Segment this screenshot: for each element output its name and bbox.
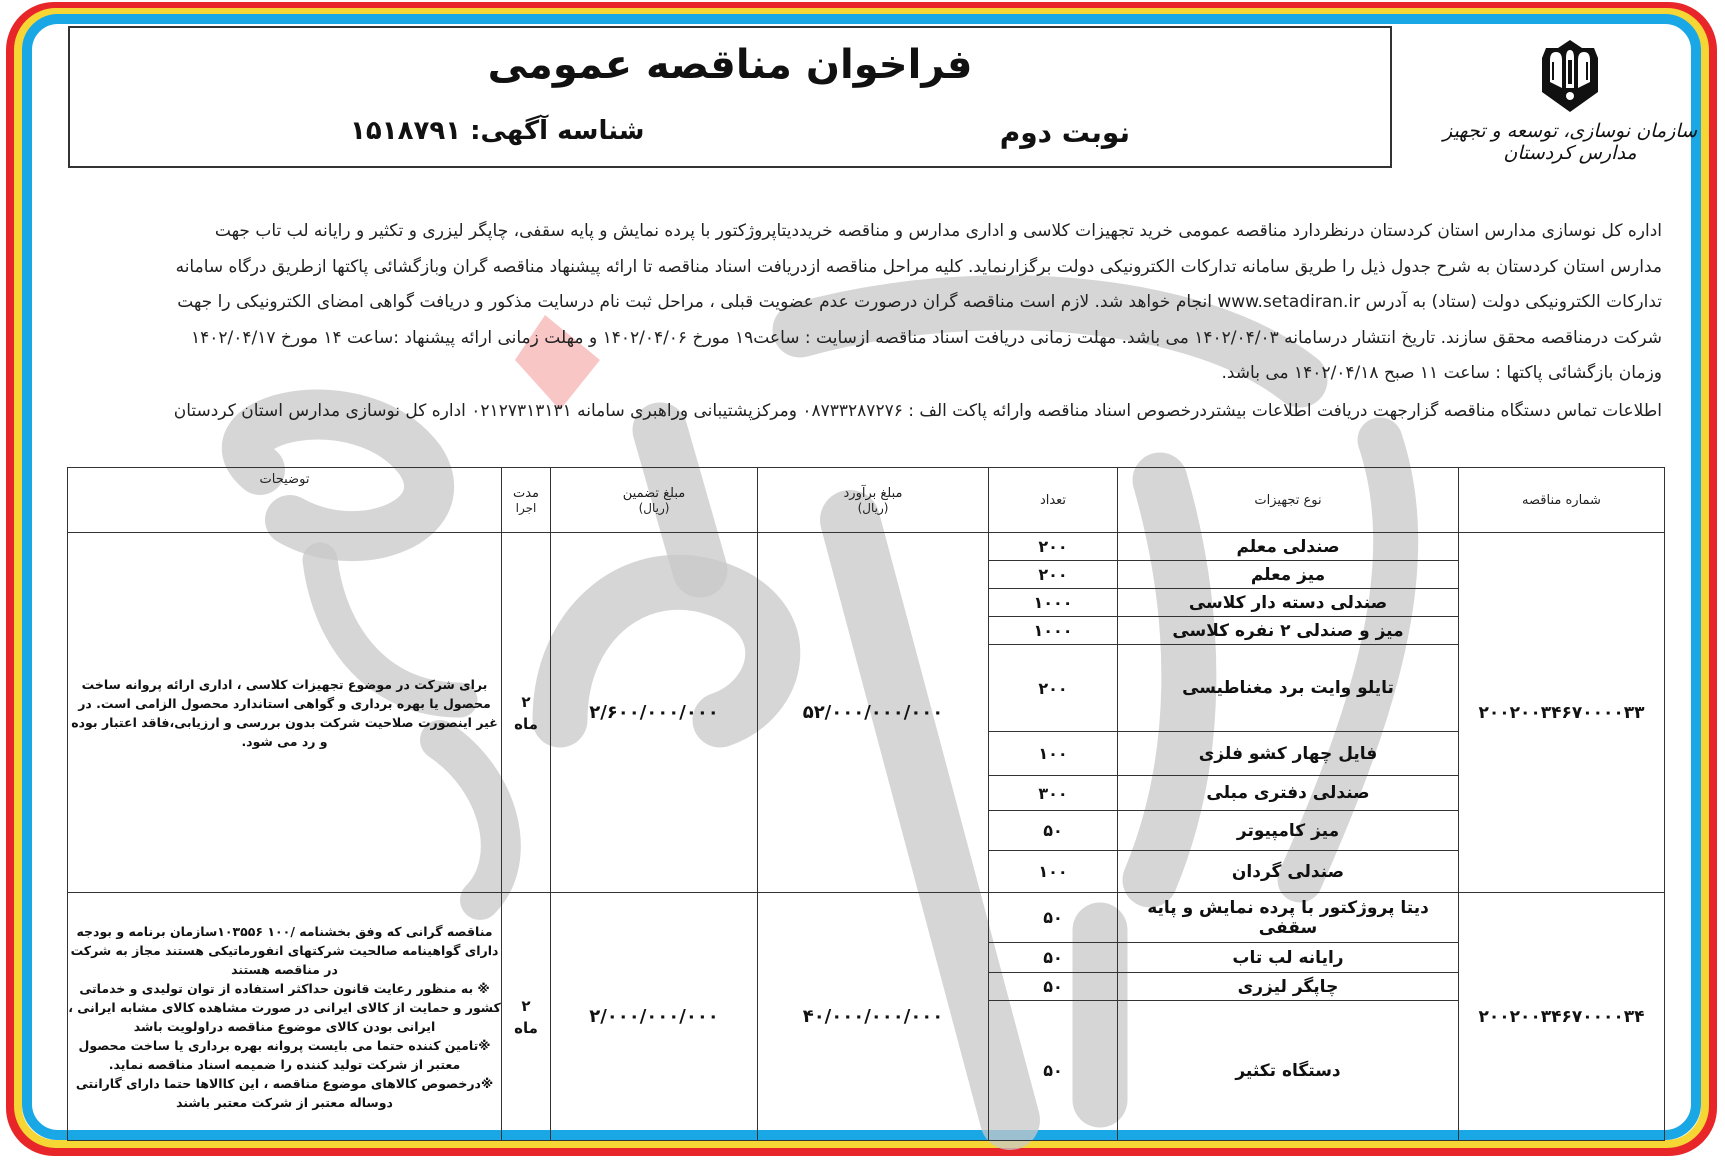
intro-paragraph: اداره کل نوسازی مدارس استان کردستان درنظ… xyxy=(62,214,1662,392)
equipment-name: صندلی دسته دار کلاسی xyxy=(1118,589,1459,617)
publication-round: نوبت دوم xyxy=(1000,116,1130,149)
equipment-name: تایلو وایت برد مغناطیسی xyxy=(1118,645,1459,732)
guarantee-amount: ۲/۰۰۰/۰۰۰/۰۰۰ xyxy=(551,893,758,1141)
intro-line: اداره کل نوسازی مدارس استان کردستان درنظ… xyxy=(62,214,1662,250)
equipment-qty: ۱۰۰ xyxy=(989,732,1118,776)
duration-unit: ماه xyxy=(514,1019,538,1037)
header-duration: مدت اجرا xyxy=(502,468,551,533)
equipment-name: میز معلم xyxy=(1118,561,1459,589)
intro-line: مدارس استان کردستان به شرح جدول ذیل را ط… xyxy=(62,250,1662,286)
ad-id-value: ۱۵۱۸۷۹۱ xyxy=(350,116,461,146)
equipment-name: صندلی معلم xyxy=(1118,533,1459,561)
duration-unit: ماه xyxy=(514,715,538,733)
table-row: ۲۰۰۲۰۰۳۴۶۷۰۰۰۰۳۳ صندلی معلم ۲۰۰ ۵۲/۰۰۰/۰… xyxy=(68,533,1665,561)
equipment-name: صندلی گردان xyxy=(1118,851,1459,893)
header-tender-no: شماره مناقصه xyxy=(1459,468,1665,533)
equipment-name: رایانه لب تاب xyxy=(1118,943,1459,973)
org-logo: سازمان نوسازی، توسعه و تجهیز مدارس کردست… xyxy=(1440,38,1700,168)
equipment-qty: ۵۰ xyxy=(989,1001,1118,1141)
duration-num: ۲ xyxy=(521,997,530,1015)
table-row: ۲۰۰۲۰۰۳۴۶۷۰۰۰۰۳۴ دیتا پروژکتور با پرده ن… xyxy=(68,893,1665,943)
intro-line: تدارکات الکترونیکی دولت (ستاد) به آدرس w… xyxy=(62,285,1662,321)
duration-num: ۲ xyxy=(521,693,530,711)
org-name: سازمان نوسازی، توسعه و تجهیز مدارس کردست… xyxy=(1440,120,1700,164)
header-duration-1: مدت xyxy=(513,486,539,501)
duration: ۲ ماه xyxy=(502,533,551,893)
equipment-qty: ۵۰ xyxy=(989,943,1118,973)
equipment-qty: ۵۰ xyxy=(989,973,1118,1001)
table-header-row: شماره مناقصه نوع تجهیزات تعداد مبلغ برآو… xyxy=(68,468,1665,533)
header-equipment-type: نوع تجهیزات xyxy=(1118,468,1459,533)
description: مناقصه گرانی که وفق بخشنامه /۱۰۰ ۱۰۳۵۵۶س… xyxy=(68,893,502,1141)
equipment-qty: ۵۰ xyxy=(989,811,1118,851)
equipment-name: دستگاه تکثیر xyxy=(1118,1001,1459,1141)
equipment-name: فایل چهار کشو فلزی xyxy=(1118,732,1459,776)
equipment-qty: ۲۰۰ xyxy=(989,533,1118,561)
intro-line: شرکت درمناقصه محقق سازند. تاریخ انتشار د… xyxy=(62,321,1662,357)
description-line: مناقصه گرانی که وفق بخشنامه /۱۰۰ ۱۰۳۵۵۶س… xyxy=(68,922,501,979)
header-estimate: مبلغ برآورد (ریال) xyxy=(758,468,989,533)
header-estimate-unit: (ریال) xyxy=(758,501,988,515)
header-description: توضیحات xyxy=(68,468,502,533)
equipment-qty: ۱۰۰ xyxy=(989,851,1118,893)
estimate-amount: ۴۰/۰۰۰/۰۰۰/۰۰۰ xyxy=(758,893,989,1141)
equipment-qty: ۲۰۰ xyxy=(989,561,1118,589)
description-line: ※درخصوص کالاهای موضوع مناقصه ، این کاالا… xyxy=(68,1074,501,1112)
tender-number: ۲۰۰۲۰۰۳۴۶۷۰۰۰۰۳۳ xyxy=(1459,533,1665,893)
equipment-name: میز کامپیوتر xyxy=(1118,811,1459,851)
equipment-qty: ۱۰۰۰ xyxy=(989,617,1118,645)
header-guarantee-unit: (ریال) xyxy=(551,501,757,515)
description: برای شرکت در موضوع تجهیزات کلاسی ، اداری… xyxy=(68,533,502,893)
header-quantity: تعداد xyxy=(989,468,1118,533)
intro-line: وزمان بازگشائی پاکتها : ساعت ۱۱ صبح ۱۴۰۲… xyxy=(62,356,1662,392)
estimate-amount: ۵۲/۰۰۰/۰۰۰/۰۰۰ xyxy=(758,533,989,893)
equipment-name: دیتا پروژکتور با پرده نمایش و پایه سقفی xyxy=(1118,893,1459,943)
equipment-name: صندلی دفتری مبلی xyxy=(1118,776,1459,811)
tender-number: ۲۰۰۲۰۰۳۴۶۷۰۰۰۰۳۴ xyxy=(1459,893,1665,1141)
description-line: ※تامین کننده حتما می بایست پروانه بهره ب… xyxy=(68,1036,501,1074)
equipment-name: میز و صندلی ۲ نفره کلاسی xyxy=(1118,617,1459,645)
equipment-name: چاپگر لیزری xyxy=(1118,973,1459,1001)
page-title: فراخوان مناقصه عمومی xyxy=(70,42,1390,88)
tender-table: شماره مناقصه نوع تجهیزات تعداد مبلغ برآو… xyxy=(67,467,1665,1141)
school-emblem-icon xyxy=(1538,38,1602,114)
ad-id-label: شناسه آگهی: xyxy=(470,116,644,146)
equipment-qty: ۲۰۰ xyxy=(989,645,1118,732)
header-title-box: فراخوان مناقصه عمومی نوبت دوم شناسه آگهی… xyxy=(68,26,1392,168)
header-guarantee-label: مبلغ تضمین xyxy=(623,486,685,501)
equipment-qty: ۵۰ xyxy=(989,893,1118,943)
guarantee-amount: ۲/۶۰۰/۰۰۰/۰۰۰ xyxy=(551,533,758,893)
header-guarantee: مبلغ تضمین (ریال) xyxy=(551,468,758,533)
duration: ۲ ماه xyxy=(502,893,551,1141)
header-estimate-label: مبلغ برآورد xyxy=(844,486,903,501)
ad-identifier: شناسه آگهی: ۱۵۱۸۷۹۱ xyxy=(350,116,644,146)
description-line: ※ به منظور رعایت قانون حداکثر استفاده از… xyxy=(68,979,501,1036)
header-duration-2: اجرا xyxy=(502,501,550,515)
contact-info: اطلاعات تماس دستگاه مناقصه گزارجهت دریاف… xyxy=(62,401,1662,421)
equipment-qty: ۳۰۰ xyxy=(989,776,1118,811)
equipment-qty: ۱۰۰۰ xyxy=(989,589,1118,617)
